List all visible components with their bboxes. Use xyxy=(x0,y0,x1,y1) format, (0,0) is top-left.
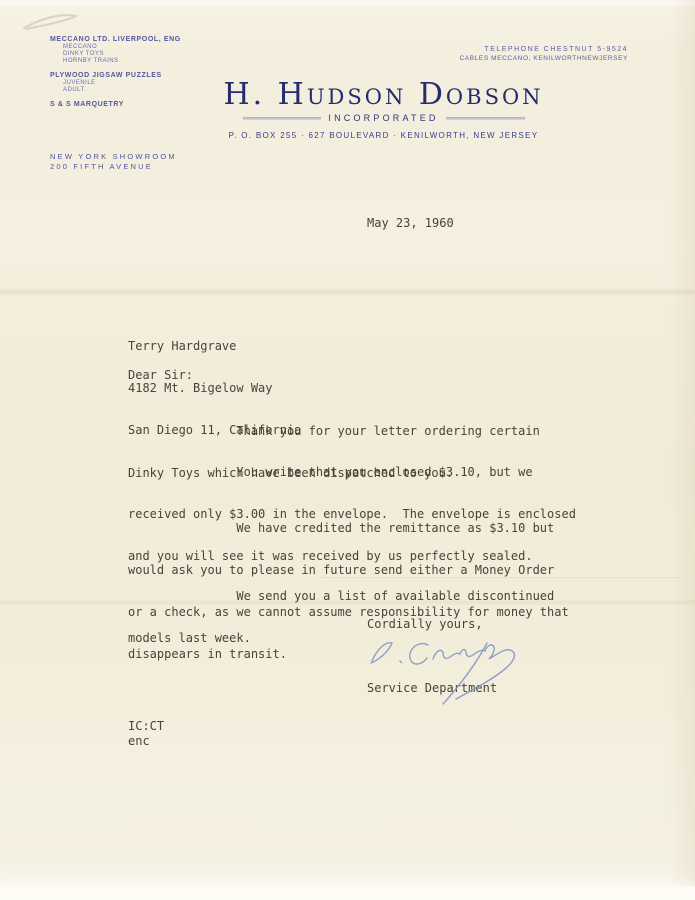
incorporated-rule-right xyxy=(446,117,525,120)
fold-crease-upper xyxy=(0,288,695,296)
letter-page: MECCANO LTD. LIVERPOOL, ENG MECCANO DINK… xyxy=(0,0,695,900)
brand-sub-line: DINKY TOYS xyxy=(63,51,181,58)
showroom-line: NEW YORK SHOWROOM xyxy=(50,152,177,162)
showroom-line: 200 FIFTH AVENUE xyxy=(50,162,177,172)
recipient-line: Terry Hardgrave xyxy=(128,339,301,353)
cables-line: CABLES MECCANO, KENILWORTHNEWJERSEY xyxy=(460,54,628,63)
body-line: We send you a list of available disconti… xyxy=(128,589,554,603)
reference-line: IC:CT xyxy=(128,719,164,733)
date-line: May 23, 1960 xyxy=(367,216,454,230)
letterhead-company-header: H. Hudson Dobson INCORPORATED P. O. BOX … xyxy=(36,78,695,140)
company-address-line: P. O. BOX 255 · 627 BOULEVARD · KENILWOR… xyxy=(36,131,695,140)
brand-line: MECCANO LTD. LIVERPOOL, ENG xyxy=(50,35,181,44)
body-line: models last week. xyxy=(128,631,554,645)
scan-edge-bottom xyxy=(0,886,695,900)
letterhead-contact-block: TELEPHONE CHESTNUT 5-9524 CABLES MECCANO… xyxy=(460,45,628,63)
signer-title-line: Service Department xyxy=(367,681,497,695)
enclosure-line: enc xyxy=(128,734,150,748)
closing-line: Cordially yours, xyxy=(367,617,483,631)
brand-sub-line: HORNBY TRAINS xyxy=(63,58,181,65)
body-line: You write that you enclosed $3.10, but w… xyxy=(128,465,576,479)
telephone-line: TELEPHONE CHESTNUT 5-9524 xyxy=(460,45,628,54)
incorporated-label: INCORPORATED xyxy=(328,113,438,123)
body-line: We have credited the remittance as $3.10… xyxy=(128,521,569,535)
body-paragraph: We send you a list of available disconti… xyxy=(128,561,554,673)
company-name: H. Hudson Dobson xyxy=(36,78,695,112)
showroom-block: NEW YORK SHOWROOM 200 FIFTH AVENUE xyxy=(50,152,177,172)
brand-sub-line: MECCANO xyxy=(63,44,181,51)
salutation-line: Dear Sir: xyxy=(128,368,193,382)
pencil-mark xyxy=(18,8,118,36)
scan-edge-top xyxy=(0,0,695,6)
body-line: Thank you for your letter ordering certa… xyxy=(128,424,540,438)
recipient-line: 4182 Mt. Bigelow Way xyxy=(128,381,301,395)
incorporated-rule-left xyxy=(243,117,322,120)
incorporated-row: INCORPORATED xyxy=(243,113,525,123)
